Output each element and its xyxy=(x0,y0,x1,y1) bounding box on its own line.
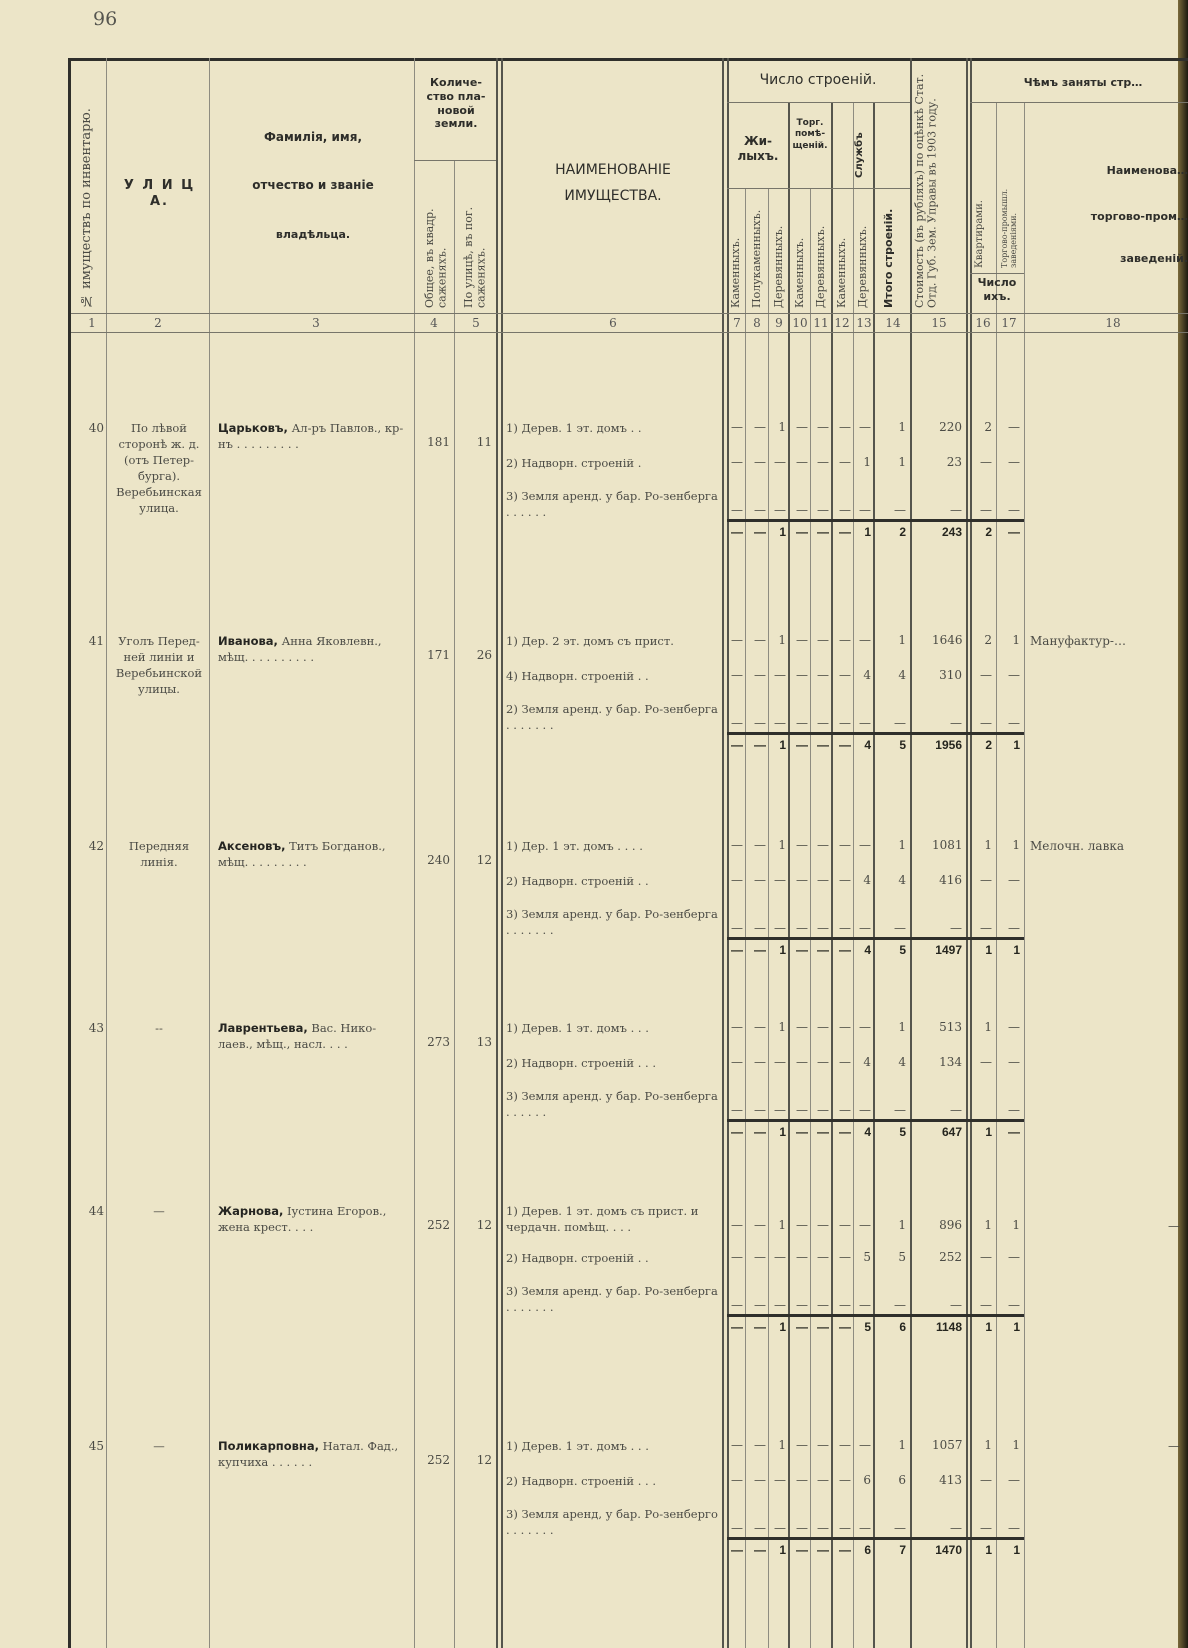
property-item-name: 2) Надворн. строеній . . . xyxy=(506,1055,720,1071)
cell-value: — xyxy=(841,503,871,517)
cell-value: — xyxy=(962,716,992,730)
column-number: 6 xyxy=(603,316,623,330)
property-item-name: 1) Дерев. 1 эт. домъ съ прист. и чердачн… xyxy=(506,1203,720,1235)
owner-name: Царьковъ, Ал-ръ Павлов., кр-нъ . . . . .… xyxy=(218,420,408,452)
cell-value: — xyxy=(962,503,992,517)
cell-value: — xyxy=(841,1438,871,1452)
cell-value: 1 xyxy=(990,633,1020,647)
cell-value: — xyxy=(876,503,906,517)
header-col17: Торгово-промышл. заведеніями. xyxy=(1000,148,1020,268)
cell-value: 2 xyxy=(962,420,992,434)
property-item-name: 1) Дерев. 1 эт. домъ . . . xyxy=(506,1020,720,1036)
column-number: 12 xyxy=(832,316,852,330)
cell-value: 1 xyxy=(876,633,906,647)
header-trade-premises: Торг. помѣ-щеній. xyxy=(790,118,830,152)
column-number: 13 xyxy=(854,316,874,330)
owner-surname: Аксеновъ, xyxy=(218,839,285,853)
owner-name: Поликарповна, Натал. Фад., купчиха . . .… xyxy=(218,1438,408,1470)
cell-value: 134 xyxy=(932,1055,962,1069)
total-value: 243 xyxy=(928,525,962,539)
cell-value: — xyxy=(990,1298,1020,1312)
header-col18-line3: заведеній. xyxy=(1028,252,1188,266)
cell-value: — xyxy=(990,1521,1020,1535)
cell-value: 1 xyxy=(962,838,992,852)
col-rule xyxy=(106,58,107,1648)
cell-value: 1 xyxy=(990,1218,1020,1232)
total-value: 5 xyxy=(872,738,906,752)
cell-value: — xyxy=(962,668,992,682)
column-number: 1 xyxy=(82,316,102,330)
property-item-name: 2) Надворн. строеній . . xyxy=(506,1250,720,1266)
inventory-number: 41 xyxy=(76,633,104,650)
cell-value: 220 xyxy=(932,420,962,434)
cell-value: 1 xyxy=(876,1020,906,1034)
cell-value: 310 xyxy=(932,668,962,682)
cell-value: 1057 xyxy=(932,1438,962,1452)
total-value: 5 xyxy=(872,943,906,957)
cell-value: 5 xyxy=(876,1250,906,1264)
cell-value: 4 xyxy=(841,1055,871,1069)
cell-value: — xyxy=(990,1250,1020,1264)
cell-value: — xyxy=(841,1020,871,1034)
header-col13: Деревянныхъ. xyxy=(857,198,870,308)
cell-value: — xyxy=(990,921,1020,935)
total-rule xyxy=(727,937,1024,940)
cell-value: 416 xyxy=(932,873,962,887)
header-col18-line1: Наименова… xyxy=(1028,164,1188,178)
cell-value: 4 xyxy=(876,668,906,682)
total-value: 647 xyxy=(928,1125,962,1139)
property-item-name: 1) Дерев. 1 эт. домъ . . xyxy=(506,420,720,436)
land-area: 273 xyxy=(414,1034,450,1051)
column-number: 10 xyxy=(790,316,810,330)
total-rule xyxy=(727,1314,1024,1317)
owner-surname: Поликарповна, xyxy=(218,1439,319,1453)
column-number: 8 xyxy=(748,316,766,330)
land-area: 181 xyxy=(414,434,450,451)
land-area: 240 xyxy=(414,852,450,869)
total-value: 1470 xyxy=(928,1543,962,1557)
property-item-name: 2) Надворн. строеній . . . xyxy=(506,1473,720,1489)
column-number: 14 xyxy=(880,316,906,330)
cell-value: — xyxy=(932,1103,962,1117)
total-value: 1148 xyxy=(928,1320,962,1334)
cell-value: — xyxy=(841,838,871,852)
total-value: 1 xyxy=(986,1543,1020,1557)
inventory-number: 43 xyxy=(76,1020,104,1037)
street-length: 12 xyxy=(454,852,492,869)
total-value: 6 xyxy=(872,1320,906,1334)
cell-value: — xyxy=(841,716,871,730)
street-name: — xyxy=(112,1203,206,1219)
total-value: 2 xyxy=(872,525,906,539)
property-item-name: 3) Земля аренд, у бар. Ро-зенберго . . .… xyxy=(506,1506,720,1538)
street-length: 11 xyxy=(454,434,492,451)
total-value: 5 xyxy=(837,1320,871,1334)
total-value: 1 xyxy=(837,525,871,539)
header-rule xyxy=(970,273,1024,274)
total-value: 1 xyxy=(986,738,1020,752)
cell-value: — xyxy=(962,1055,992,1069)
total-value: — xyxy=(986,525,1020,539)
column-number: 4 xyxy=(424,316,444,330)
property-item-name: 3) Земля аренд. у бар. Ро-зенберга . . .… xyxy=(506,488,720,520)
inventory-number: 44 xyxy=(76,1203,104,1220)
col-rule xyxy=(768,188,769,1648)
owner-surname: Царьковъ, xyxy=(218,421,288,435)
owner-name: Иванова, Анна Яковлевн., мѣщ. . . . . . … xyxy=(218,633,408,665)
cell-value: 1 xyxy=(962,1438,992,1452)
column-number: 2 xyxy=(148,316,168,330)
cell-value: 1 xyxy=(876,1438,906,1452)
header-rule xyxy=(727,102,910,103)
cell-value: — xyxy=(876,1298,906,1312)
col-rule xyxy=(745,188,746,1648)
total-value: 1 xyxy=(986,943,1020,957)
cell-value: 1 xyxy=(990,838,1020,852)
cell-value: — xyxy=(841,633,871,647)
header-services: Службъ xyxy=(854,108,866,178)
column-number: 3 xyxy=(306,316,326,330)
col-rule xyxy=(454,160,455,1648)
column-number: 5 xyxy=(466,316,486,330)
col-rule xyxy=(810,188,811,1648)
enterprise-name: — xyxy=(1030,1438,1188,1455)
header-col10: Каменныхъ. xyxy=(794,198,807,308)
header-col7: Каменныхъ. xyxy=(730,198,743,308)
street-length: 13 xyxy=(454,1034,492,1051)
cell-value: — xyxy=(841,1521,871,1535)
cell-value: — xyxy=(962,1250,992,1264)
header-occupied-group: Чѣмъ заняты стр… xyxy=(978,76,1188,90)
cell-value: — xyxy=(876,921,906,935)
owner-name: Аксеновъ, Титъ Богданов., мѣщ. . . . . .… xyxy=(218,838,408,870)
total-rule xyxy=(727,1537,1024,1540)
cell-value: — xyxy=(990,420,1020,434)
header-owner-line1: Фамилія, имя, xyxy=(218,130,408,145)
cell-value: 1 xyxy=(876,838,906,852)
cell-value: 1 xyxy=(841,455,871,469)
cell-value: 1646 xyxy=(932,633,962,647)
header-property-line1: НАИМЕНОВАНІЕ xyxy=(508,162,718,180)
cell-value: — xyxy=(990,873,1020,887)
owner-name: Лаврентьева, Вас. Нико-лаев., мѣщ., насл… xyxy=(218,1020,408,1052)
cell-value: 4 xyxy=(876,873,906,887)
page-number: 96 xyxy=(93,8,117,30)
enterprise-name: Мануфактур-… xyxy=(1030,633,1188,650)
enterprise-name: — xyxy=(1030,1218,1188,1235)
inventory-number: 45 xyxy=(76,1438,104,1455)
total-value: 4 xyxy=(837,738,871,752)
total-value: 5 xyxy=(872,1125,906,1139)
total-value: 1 xyxy=(986,1320,1020,1334)
cell-value: — xyxy=(962,455,992,469)
cell-value: — xyxy=(962,873,992,887)
header-col14: Итого строеній. xyxy=(883,188,896,308)
cell-value: — xyxy=(932,503,962,517)
property-item-name: 1) Дерев. 1 эт. домъ . . . xyxy=(506,1438,720,1454)
street-length: 26 xyxy=(454,647,492,664)
cell-value: — xyxy=(841,1218,871,1232)
cell-value: 1 xyxy=(876,1218,906,1232)
cell-value: 4 xyxy=(876,1055,906,1069)
cell-value: 6 xyxy=(841,1473,871,1487)
cell-value: — xyxy=(962,921,992,935)
cell-value: — xyxy=(990,503,1020,517)
cell-value: 2 xyxy=(962,633,992,647)
inventory-number: 42 xyxy=(76,838,104,855)
header-inventory-no: № имуществъ по инвентарю. xyxy=(80,88,95,308)
property-item-name: 1) Дер. 2 эт. домъ съ прист. xyxy=(506,633,720,649)
owner-surname: Жарнова, xyxy=(218,1204,283,1218)
cell-value: — xyxy=(841,420,871,434)
column-number: 7 xyxy=(728,316,746,330)
street-name: Уголъ Перед-ней линіи и Веребьинской ули… xyxy=(112,633,206,697)
cell-value: 513 xyxy=(932,1020,962,1034)
total-value: 1956 xyxy=(928,738,962,752)
header-col18-line2: торгово-пром… xyxy=(1028,210,1188,224)
property-item-name: 3) Земля аренд. у бар. Ро-зенберга . . .… xyxy=(506,1283,720,1315)
cell-value: — xyxy=(932,921,962,935)
cell-value: — xyxy=(932,1521,962,1535)
total-value: 1497 xyxy=(928,943,962,957)
header-residential: Жи-лыхъ. xyxy=(730,134,786,164)
total-value: 4 xyxy=(837,943,871,957)
cell-value: 1 xyxy=(962,1218,992,1232)
header-owner-line2: отчество и званіе xyxy=(218,178,408,193)
total-value: 6 xyxy=(837,1543,871,1557)
header-col12: Каменныхъ. xyxy=(836,198,849,308)
cell-value: — xyxy=(990,1055,1020,1069)
cell-value: 252 xyxy=(932,1250,962,1264)
col-rule xyxy=(873,102,875,1648)
cell-value: — xyxy=(876,1103,906,1117)
column-number: 15 xyxy=(926,316,952,330)
header-rule xyxy=(71,332,1188,333)
col-rule xyxy=(910,58,912,1648)
header-owner-line3: владѣльца. xyxy=(218,228,408,242)
cell-value: 413 xyxy=(932,1473,962,1487)
property-item-name: 3) Земля аренд. у бар. Ро-зенберга . . .… xyxy=(506,1088,720,1120)
enterprise-name: Мелочн. лавка xyxy=(1030,838,1188,855)
street-name: По лѣвой сторонѣ ж. д. (отъ Петер-бурга)… xyxy=(112,420,206,517)
cell-value: — xyxy=(841,1298,871,1312)
cell-value: 6 xyxy=(876,1473,906,1487)
cell-value: 4 xyxy=(841,873,871,887)
column-number: 11 xyxy=(811,316,831,330)
cell-value: — xyxy=(962,1521,992,1535)
street-length: 12 xyxy=(454,1217,492,1234)
column-number: 16 xyxy=(972,316,994,330)
cell-value: 1081 xyxy=(932,838,962,852)
land-area: 252 xyxy=(414,1452,450,1469)
cell-value: 1 xyxy=(962,1020,992,1034)
street-name: -- xyxy=(112,1020,206,1036)
cell-value: — xyxy=(990,716,1020,730)
cell-value: 5 xyxy=(841,1250,871,1264)
header-col9: Деревянныхъ. xyxy=(773,198,786,308)
total-value: 7 xyxy=(872,1543,906,1557)
header-col8: Полукаменныхъ. xyxy=(751,198,764,308)
cell-value: 1 xyxy=(876,455,906,469)
header-rule xyxy=(414,160,496,161)
col-rule xyxy=(1024,102,1025,1648)
header-count: Число ихъ. xyxy=(972,276,1022,304)
cell-value: 1 xyxy=(990,1438,1020,1452)
land-area: 171 xyxy=(414,647,450,664)
land-area: 252 xyxy=(414,1217,450,1234)
header-rule xyxy=(970,102,1188,103)
header-street-length: По улицѣ, въ пог. саженяхъ. xyxy=(463,168,489,308)
owner-name: Жарнова, Іустина Егоров., жена крест. . … xyxy=(218,1203,408,1235)
header-col16: Квартирами. xyxy=(974,148,986,268)
column-number: 9 xyxy=(770,316,788,330)
column-number: 17 xyxy=(998,316,1020,330)
property-item-name: 1) Дер. 1 эт. домъ . . . . xyxy=(506,838,720,854)
owner-surname: Иванова, xyxy=(218,634,278,648)
cell-value: — xyxy=(932,716,962,730)
header-street: У Л И Ц А. xyxy=(112,178,207,211)
header-property-line2: ИМУЩЕСТВА. xyxy=(508,188,718,206)
header-area-total: Общее, въ квадр. саженяхъ. xyxy=(424,168,450,308)
street-name: — xyxy=(112,1438,206,1454)
table-top-rule xyxy=(68,58,1188,61)
col-rule xyxy=(496,58,498,1648)
col-rule xyxy=(501,58,503,1648)
property-item-name: 4) Надворн. строеній . . xyxy=(506,668,720,684)
cell-value: 1 xyxy=(876,420,906,434)
inventory-number: 40 xyxy=(76,420,104,437)
table-left-rule xyxy=(68,58,71,1648)
cell-value: 4 xyxy=(841,668,871,682)
inventory-table: № имуществъ по инвентарю. У Л И Ц А. Фам… xyxy=(68,58,1188,1648)
total-rule xyxy=(727,519,1024,522)
property-item-name: 2) Надворн. строеній . . xyxy=(506,873,720,889)
col-rule xyxy=(966,58,968,1648)
total-value: 4 xyxy=(837,1125,871,1139)
cell-value: — xyxy=(990,1020,1020,1034)
property-item-name: 3) Земля аренд. у бар. Ро-зенберга . . .… xyxy=(506,906,720,938)
header-col15: Стоимость (въ рубляхъ) по оцѣнкѣ Стат. О… xyxy=(914,72,964,308)
cell-value: — xyxy=(990,1473,1020,1487)
cell-value: — xyxy=(876,716,906,730)
owner-surname: Лаврентьева, xyxy=(218,1021,308,1035)
cell-value: — xyxy=(990,668,1020,682)
header-buildings-group: Число строеній. xyxy=(730,72,906,90)
header-rule xyxy=(71,313,1188,314)
total-value: — xyxy=(986,1125,1020,1139)
street-length: 12 xyxy=(454,1452,492,1469)
property-item-name: 2) Надворн. строеній . xyxy=(506,455,720,471)
col-rule xyxy=(209,58,210,1648)
cell-value: — xyxy=(932,1298,962,1312)
total-rule xyxy=(727,1119,1024,1122)
column-number: 18 xyxy=(1098,316,1128,330)
cell-value: — xyxy=(841,921,871,935)
cell-value: 896 xyxy=(932,1218,962,1232)
property-item-name: 2) Земля аренд. у бар. Ро-зенберга . . .… xyxy=(506,701,720,733)
cell-value: 23 xyxy=(932,455,962,469)
cell-value: — xyxy=(841,1103,871,1117)
cell-value: — xyxy=(876,1521,906,1535)
cell-value: — xyxy=(962,1473,992,1487)
cell-value: — xyxy=(962,1298,992,1312)
total-rule xyxy=(727,732,1024,735)
header-col11: Деревянныхъ. xyxy=(815,198,828,308)
cell-value: — xyxy=(990,455,1020,469)
col-rule xyxy=(722,58,724,1648)
street-name: Передняя линія. xyxy=(112,838,206,870)
cell-value: — xyxy=(990,1103,1020,1117)
header-land-group: Количе-ство пла-новой земли. xyxy=(418,76,494,131)
